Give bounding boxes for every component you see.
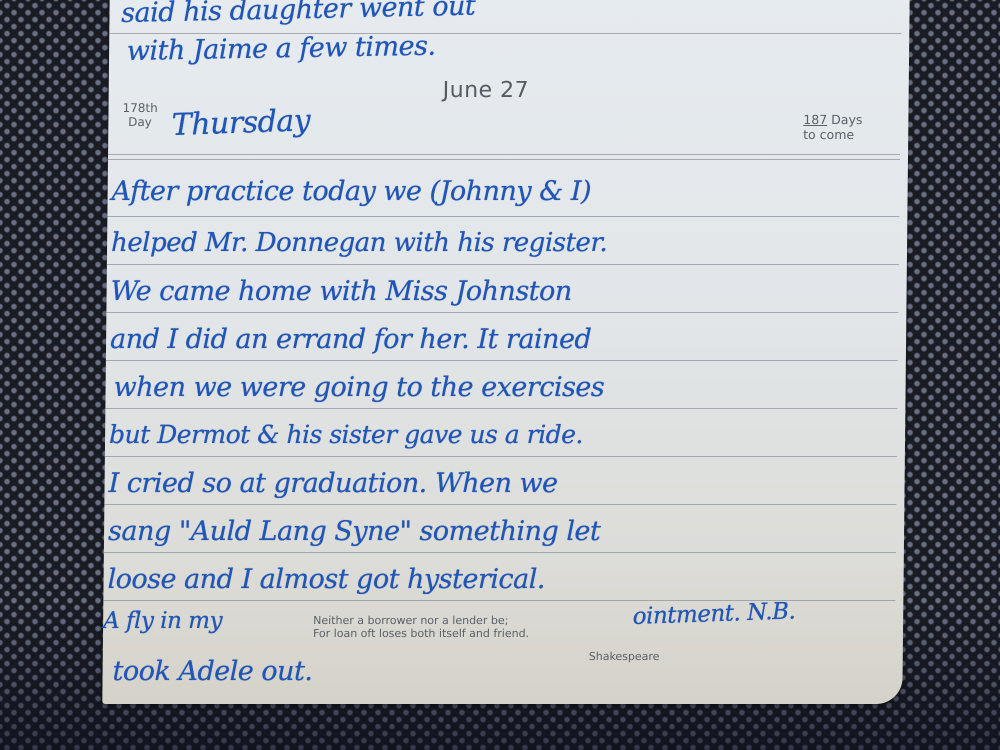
ruled-line [106,312,898,313]
handwritten-line: with Jaime a few times. [127,31,436,67]
handwritten-margin-note: ointment. N.B. [632,598,795,630]
handwritten-line: A fly in my [103,608,222,634]
days-remaining-number: 187 [803,112,827,127]
handwritten-line: but Dermot & his sister gave us a ride. [109,420,583,449]
handwritten-line: took Adele out. [112,656,312,687]
ruled-line [105,456,897,457]
ruled-line [105,408,897,409]
handwritten-line: sang "Auld Lang Syne" something let [108,516,601,547]
quote-line-2: For loan oft loses both itself and frien… [313,627,529,640]
quote-line-1: Neither a borrower nor a lender be; [313,614,529,627]
date-header: June 27 [443,78,530,103]
handwritten-weekday: Thursday [171,103,310,143]
day-of-year-label: Day [122,115,157,129]
ruled-line [104,552,896,553]
quote: Neither a borrower nor a lender be; For … [313,614,529,640]
days-remaining: 187 Days to come [803,112,862,142]
handwritten-line: helped Mr. Donnegan with his register. [111,228,607,258]
days-remaining-label: Days [831,112,862,127]
handwritten-line: After practice today we (Johnny & I) [111,176,591,207]
handwritten-line: said his daughter went out [121,0,475,29]
ruled-line [104,504,896,505]
day-of-year: 178th Day [122,101,158,129]
handwritten-line: and I did an errand for her. It rained [110,324,592,355]
ruled-line [106,360,898,361]
diary-page: June 27 178th Day 187 Days to come said … [102,0,909,704]
handwritten-line: loose and I almost got hysterical. [107,564,545,595]
quote-author: Shakespeare [589,650,660,663]
ruled-line [108,159,900,160]
days-remaining-subtitle: to come [803,127,862,142]
ruled-line [107,216,899,217]
ruled-line [108,154,900,155]
day-of-year-number: 178th [122,101,157,115]
handwritten-line: I cried so at graduation. When we [108,468,557,499]
handwritten-line: We came home with Miss Johnston [110,276,571,307]
ruled-line [107,264,899,265]
handwritten-line: when we were going to the exercises [113,372,604,403]
